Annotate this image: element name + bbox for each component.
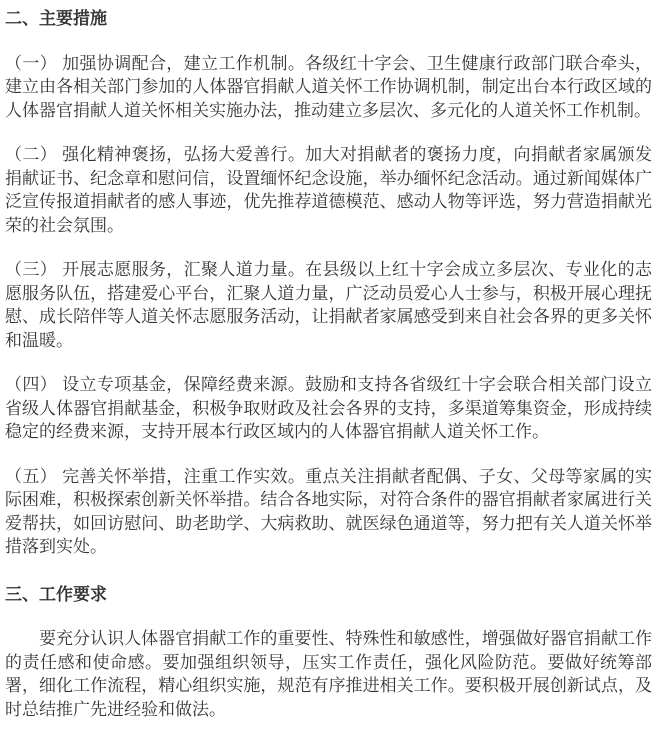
section-heading-main-measures: 二、主要措施 [5, 7, 652, 31]
document-body: 二、主要措施 （一） 加强协调配合，建立工作机制。各级红十字会、卫生健康行政部门… [0, 0, 658, 754]
section-heading-work-requirements: 三、工作要求 [5, 583, 652, 607]
paragraph-measure-5: （五） 完善关怀举措，注重工作实效。重点关注捐献者配偶、子女、父母等家属的实际困… [5, 465, 652, 559]
paragraph-measure-4: （四） 设立专项基金，保障经费来源。鼓励和支持各省级红十字会联合相关部门设立省级… [5, 373, 652, 444]
paragraph-measure-2: （二） 强化精神褒扬，弘扬大爱善行。加大对捐献者的褒扬力度，向捐献者家属颁发捐献… [5, 143, 652, 237]
paragraph-measure-3: （三） 开展志愿服务，汇聚人道力量。在县级以上红十字会成立多层次、专业化的志愿服… [5, 258, 652, 352]
paragraph-measure-1: （一） 加强协调配合，建立工作机制。各级红十字会、卫生健康行政部门联合牵头，建立… [5, 52, 652, 123]
paragraph-work-requirements: 要充分认识人体器官捐献工作的重要性、特殊性和敏感性，增强做好器官捐献工作的责任感… [5, 627, 652, 721]
